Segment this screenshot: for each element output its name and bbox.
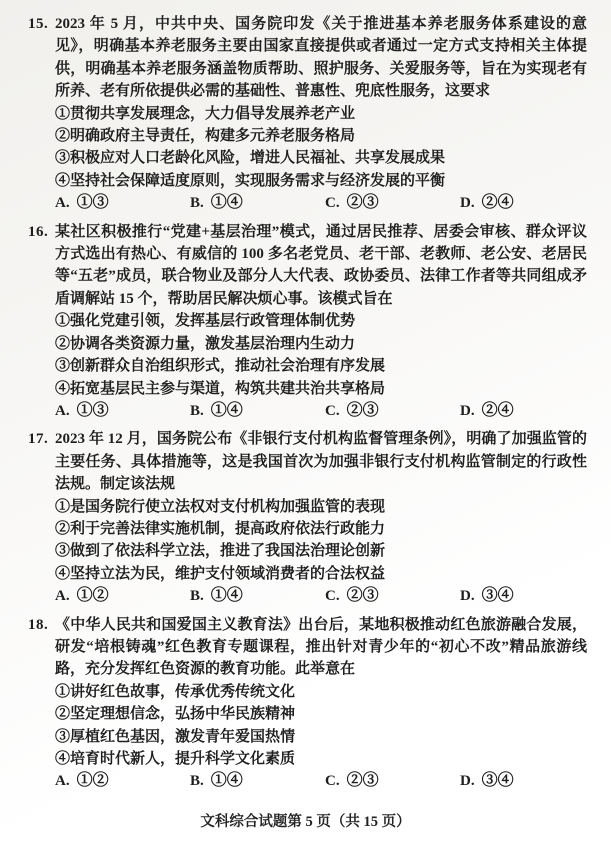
option-label: B.	[190, 773, 204, 789]
question-18: 18. 《中华人民共和国爱国主义教育法》出台后，某地积极推动红色旅游融合发展，研…	[28, 614, 587, 793]
question-number: 15.	[28, 13, 48, 35]
option-c: C.②③	[325, 770, 460, 792]
option-b: B.①④	[190, 400, 325, 422]
question-stem: 2023 年 12 月，国务院公布《非银行支付机构监督管理条例》，明确了加强监管…	[55, 428, 587, 495]
option-value: ②③	[347, 194, 379, 211]
option-value: ①③	[77, 402, 109, 419]
option-value: ②③	[347, 772, 379, 789]
question-statement: ②明确政府主导责任，构建多元养老服务格局	[55, 125, 587, 147]
option-a: A.①③	[55, 400, 190, 422]
option-value: ①④	[211, 402, 243, 419]
question-stem: 2023 年 5 月，中共中央、国务院印发《关于推进基本养老服务体系建设的意见》…	[55, 13, 587, 103]
question-statement: ③做到了依法科学立法，推进了我国法治理论创新	[55, 540, 587, 562]
option-d: D.②④	[460, 400, 587, 422]
option-c: C.②③	[325, 585, 460, 607]
option-value: ①④	[211, 587, 243, 604]
option-d: D.③④	[460, 585, 587, 607]
option-d: D.②④	[460, 192, 587, 214]
option-value: ②④	[482, 194, 514, 211]
question-statement: ①讲好红色故事，传承优秀传统文化	[55, 681, 587, 703]
option-b: B.①④	[190, 770, 325, 792]
exam-page: 15. 2023 年 5 月，中共中央、国务院印发《关于推进基本养老服务体系建设…	[0, 0, 611, 846]
question-stem: 《中华人民共和国爱国主义教育法》出台后，某地积极推动红色旅游融合发展，研发“培根…	[55, 614, 587, 681]
question-statement: ④坚持社会保障适度原则，实现服务需求与经济发展的平衡	[55, 170, 587, 192]
question-statement: ①贯彻共享发展理念，大力倡导发展养老产业	[55, 103, 587, 125]
options-row: A.①② B.①④ C.②③ D.③④	[55, 770, 587, 792]
option-label: A.	[55, 403, 70, 419]
option-value: ②③	[347, 402, 379, 419]
question-17: 17. 2023 年 12 月，国务院公布《非银行支付机构监督管理条例》，明确了…	[28, 428, 587, 607]
option-label: C.	[325, 773, 340, 789]
option-label: B.	[190, 588, 204, 604]
question-statement: ③积极应对人口老龄化风险，增进人民福祉、共享发展成果	[55, 147, 587, 169]
option-value: ②③	[347, 587, 379, 604]
option-label: C.	[325, 195, 340, 211]
question-16: 16. 某社区积极推行“党建+基层治理”模式，通过居民推荐、居委会审核、群众评议…	[28, 221, 587, 423]
question-statement: ②坚定理想信念，弘扬中华民族精神	[55, 703, 587, 725]
option-label: A.	[55, 195, 70, 211]
option-label: C.	[325, 403, 340, 419]
option-value: ①③	[77, 194, 109, 211]
option-c: C.②③	[325, 192, 460, 214]
question-statement: ④培育时代新人，提升科学文化素质	[55, 748, 587, 770]
question-statement: ①是国务院行使立法权对支付机构加强监管的表现	[55, 496, 587, 518]
question-number: 17.	[28, 428, 48, 450]
question-statement: ①强化党建引领，发挥基层行政管理体制优势	[55, 310, 587, 332]
option-value: ③④	[482, 772, 514, 789]
option-label: D.	[460, 773, 475, 789]
page-footer: 文科综合试题第 5 页（共 15 页）	[0, 811, 611, 833]
option-value: ①④	[211, 194, 243, 211]
option-value: ①④	[211, 772, 243, 789]
option-label: D.	[460, 588, 475, 604]
option-value: ①②	[77, 587, 109, 604]
option-b: B.①④	[190, 192, 325, 214]
option-a: A.①③	[55, 192, 190, 214]
option-label: B.	[190, 195, 204, 211]
options-row: A.①③ B.①④ C.②③ D.②④	[55, 192, 587, 214]
option-label: A.	[55, 588, 70, 604]
question-statement: ④坚持立法为民，维护支付领域消费者的合法权益	[55, 563, 587, 585]
question-statement: ②利于完善法律实施机制，提高政府依法行政能力	[55, 518, 587, 540]
question-statement: ③创新群众自治组织形式，推动社会治理有序发展	[55, 355, 587, 377]
option-d: D.③④	[460, 770, 587, 792]
option-label: D.	[460, 195, 475, 211]
option-label: D.	[460, 403, 475, 419]
question-stem: 某社区积极推行“党建+基层治理”模式，通过居民推荐、居委会审核、群众评议方式选出…	[55, 221, 587, 311]
options-row: A.①③ B.①④ C.②③ D.②④	[55, 400, 587, 422]
option-label: A.	[55, 773, 70, 789]
options-row: A.①② B.①④ C.②③ D.③④	[55, 585, 587, 607]
option-value: ①②	[77, 772, 109, 789]
option-a: A.①②	[55, 770, 190, 792]
option-c: C.②③	[325, 400, 460, 422]
question-statement: ④拓宽基层民主参与渠道，构筑共建共治共享格局	[55, 378, 587, 400]
question-number: 18.	[28, 614, 48, 636]
option-a: A.①②	[55, 585, 190, 607]
question-statement: ③厚植红色基因，激发青年爱国热情	[55, 726, 587, 748]
option-value: ②④	[482, 402, 514, 419]
option-b: B.①④	[190, 585, 325, 607]
option-label: B.	[190, 403, 204, 419]
question-statement: ②协调各类资源力量，激发基层治理内生动力	[55, 333, 587, 355]
option-label: C.	[325, 588, 340, 604]
question-15: 15. 2023 年 5 月，中共中央、国务院印发《关于推进基本养老服务体系建设…	[28, 13, 587, 215]
question-number: 16.	[28, 221, 48, 243]
option-value: ③④	[482, 587, 514, 604]
